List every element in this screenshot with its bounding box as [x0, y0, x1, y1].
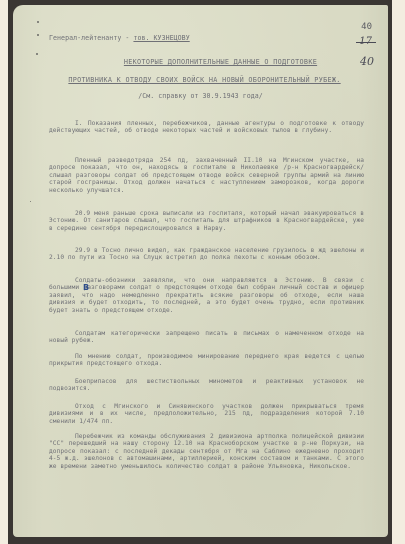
paragraph-3: 20.9 меня раньше срока выписали из госпи… — [49, 210, 364, 232]
document-title-line-2: ПРОТИВНИКА К ОТВОДУ СВОИХ ВОЙСК НА НОВЫЙ… — [17, 77, 388, 84]
page-number-typed: 40 — [361, 22, 372, 32]
paragraph-4: 29.9 в Тосно лично видел, как гражданско… — [49, 247, 364, 262]
paragraph-7: По мнению солдат, производимое минирован… — [49, 353, 364, 368]
paragraph-8: Боеприпасов для шестиствольных минометов… — [49, 378, 364, 393]
addressee-rank: Генерал-лейтенанту - — [49, 34, 129, 42]
document-reference: /См. справку от 30.9.1943 года/ — [13, 93, 388, 100]
paragraph-9: Отход с Мгинского и Синявинского участко… — [49, 403, 364, 425]
paragraph-5: Солдаты-обозники заявляли, что они напра… — [49, 277, 364, 314]
document-title-line-1: НЕКОТОРЫЕ ДОПОЛНИТЕЛЬНЫЕ ДАННЫЕ О ПОДГОТ… — [33, 59, 388, 66]
paper-speck — [30, 201, 31, 202]
paper-speck — [37, 21, 39, 23]
pen-correction-mark: В — [83, 283, 89, 292]
addressee-name: тов. КУЗНЕЦОВУ — [133, 34, 189, 42]
paper-speck — [37, 34, 39, 36]
page-number-struck-handwritten: 17 — [359, 36, 372, 47]
paper-speck — [36, 53, 38, 55]
addressee: Генерал-лейтенанту - тов. КУЗНЕЦОВУ — [49, 35, 190, 42]
paragraph-10: Перебежчик из команды обслуживания 2 див… — [49, 433, 364, 470]
paragraph-6: Солдатам категорически запрещено писать … — [49, 330, 364, 345]
paragraph-2: Пленный разведотряда 254 пд, захваченный… — [49, 157, 364, 194]
document-page: 40 17 40 Генерал-лейтенанту - тов. КУЗНЕ… — [13, 5, 388, 537]
paragraph-1: I. Показания пленных, перебежчиков, данн… — [49, 120, 364, 135]
